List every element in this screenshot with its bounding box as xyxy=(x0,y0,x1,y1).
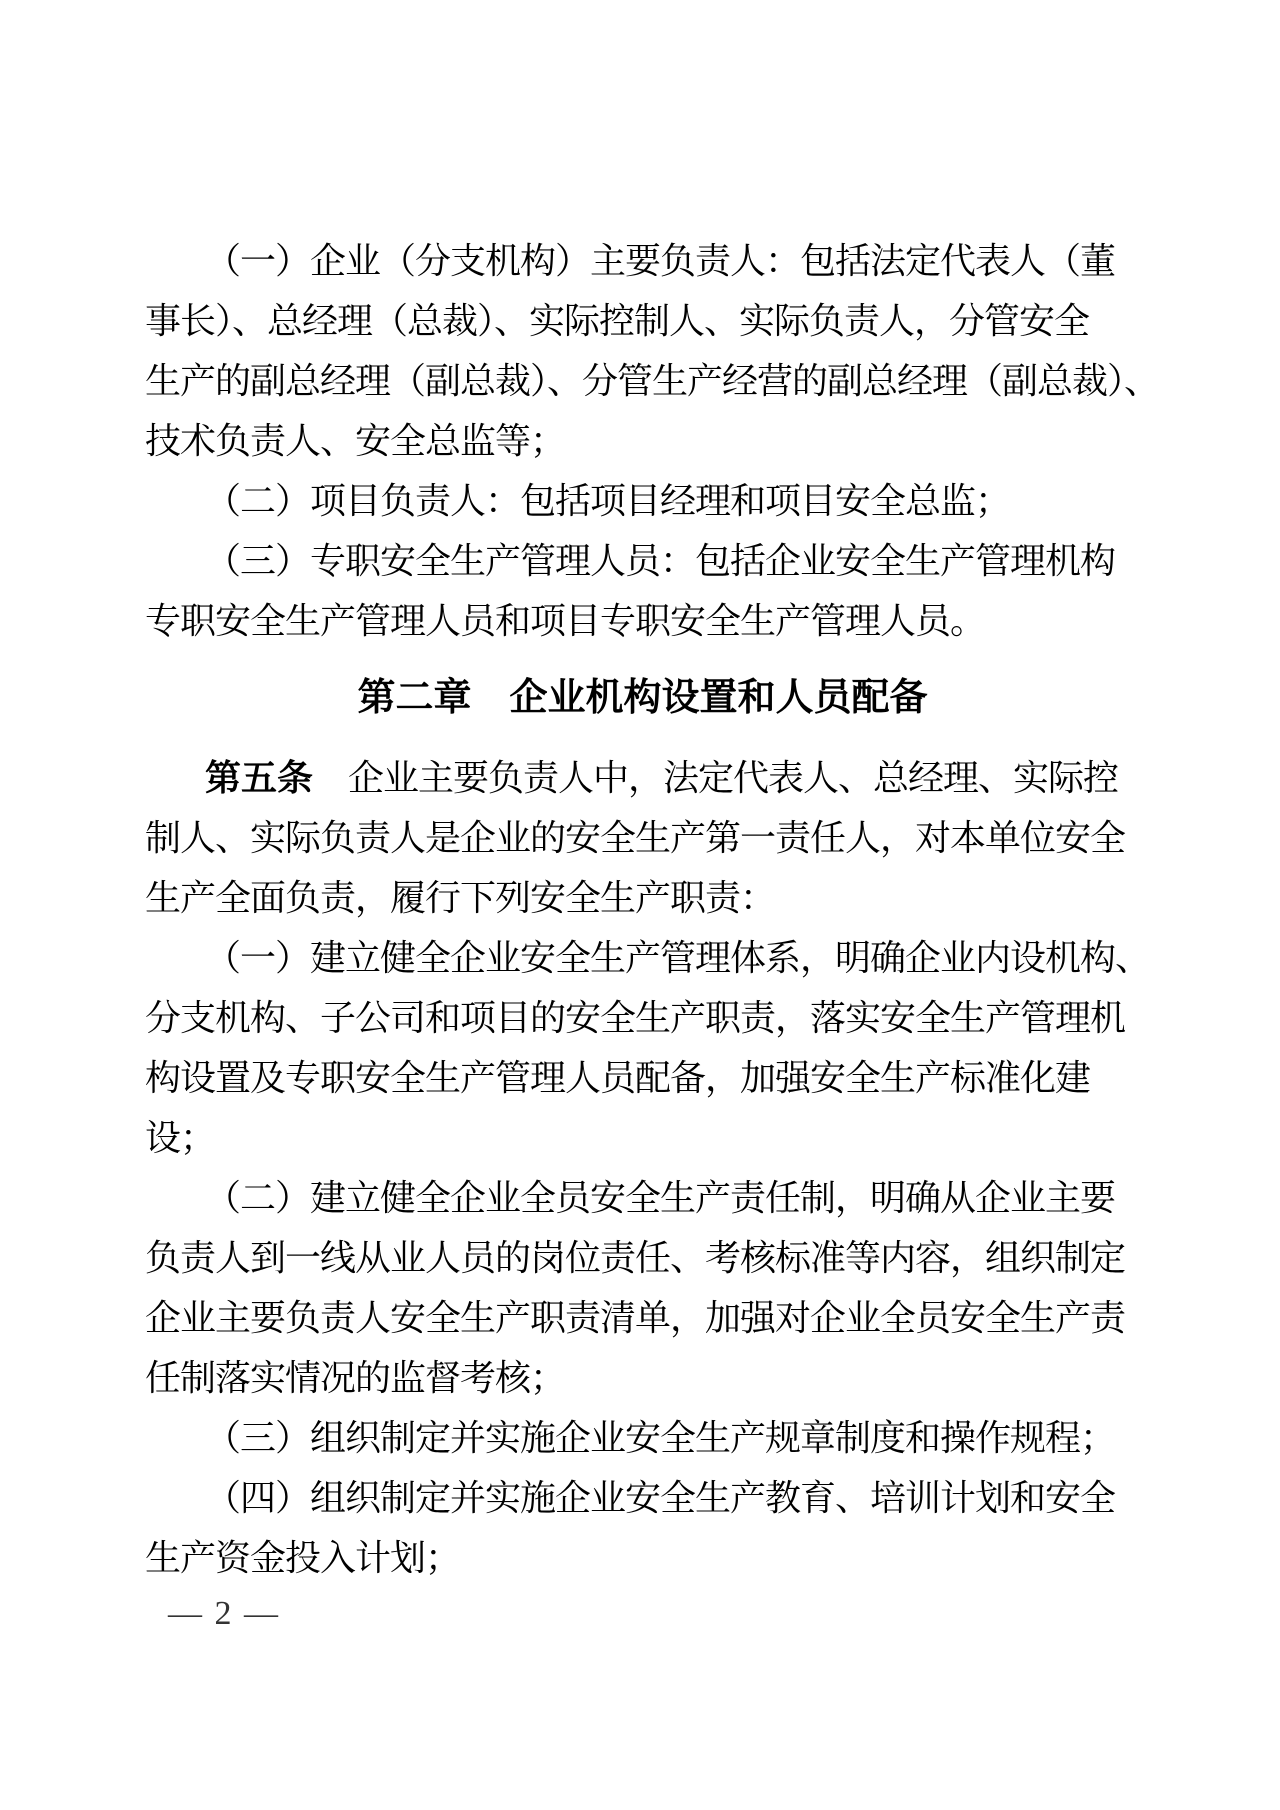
paragraph-line: （二）项目负责人：包括项目经理和项目安全总监； xyxy=(145,471,1140,531)
paragraph-line: （三）组织制定并实施企业安全生产规章制度和操作规程； xyxy=(145,1408,1140,1468)
paragraph-line: （一）企业（分支机构）主要负责人：包括法定代表人（董 xyxy=(145,231,1140,291)
paragraph-line: 专职安全生产管理人员和项目专职安全生产管理人员。 xyxy=(145,591,1140,651)
paragraph-line: 分支机构、子公司和项目的安全生产职责，落实安全生产管理机 xyxy=(145,988,1140,1048)
paragraph-line: 事长）、总经理（总裁）、实际控制人、实际负责人，分管安全 xyxy=(145,291,1140,351)
paragraph-line: 生产全面负责，履行下列安全生产职责： xyxy=(145,868,1140,928)
paragraph-line: （三）专职安全生产管理人员：包括企业安全生产管理机构 xyxy=(145,531,1140,591)
paragraph-line: 生产资金投入计划； xyxy=(145,1528,1140,1588)
paragraph-line: 制人、实际负责人是企业的安全生产第一责任人，对本单位安全 xyxy=(145,808,1140,868)
paragraph-line: 企业主要负责人安全生产职责清单，加强对企业全员安全生产责 xyxy=(145,1288,1140,1348)
document-body: （一）企业（分支机构）主要负责人：包括法定代表人（董 事长）、总经理（总裁）、实… xyxy=(145,231,1140,1588)
paragraph-line: （二）建立健全企业全员安全生产责任制，明确从企业主要 xyxy=(145,1168,1140,1228)
paragraph-line: 技术负责人、安全总监等； xyxy=(145,411,1140,471)
paragraph-line: 负责人到一线从业人员的岗位责任、考核标准等内容，组织制定 xyxy=(145,1228,1140,1288)
paragraph-line: 设； xyxy=(145,1108,1140,1168)
chapter-heading: 第二章 企业机构设置和人员配备 xyxy=(145,668,1140,728)
paragraph-line: 生产的副总经理（副总裁）、分管生产经营的副总经理（副总裁）、 xyxy=(145,351,1140,411)
paragraph-line: 任制落实情况的监督考核； xyxy=(145,1348,1140,1408)
paragraph-text: 企业主要负责人中，法定代表人、总经理、实际控 xyxy=(313,758,1118,798)
paragraph-line: 第五条 企业主要负责人中，法定代表人、总经理、实际控 xyxy=(145,748,1140,808)
page-number: — 2 — xyxy=(168,1592,280,1636)
article-number-label: 第五条 xyxy=(205,757,313,798)
paragraph-line: （四）组织制定并实施企业安全生产教育、培训计划和安全 xyxy=(145,1468,1140,1528)
document-page: （一）企业（分支机构）主要负责人：包括法定代表人（董 事长）、总经理（总裁）、实… xyxy=(0,0,1280,1810)
paragraph-line: 构设置及专职安全生产管理人员配备，加强安全生产标准化建 xyxy=(145,1048,1140,1108)
paragraph-line: （一）建立健全企业安全生产管理体系，明确企业内设机构、 xyxy=(145,928,1140,988)
